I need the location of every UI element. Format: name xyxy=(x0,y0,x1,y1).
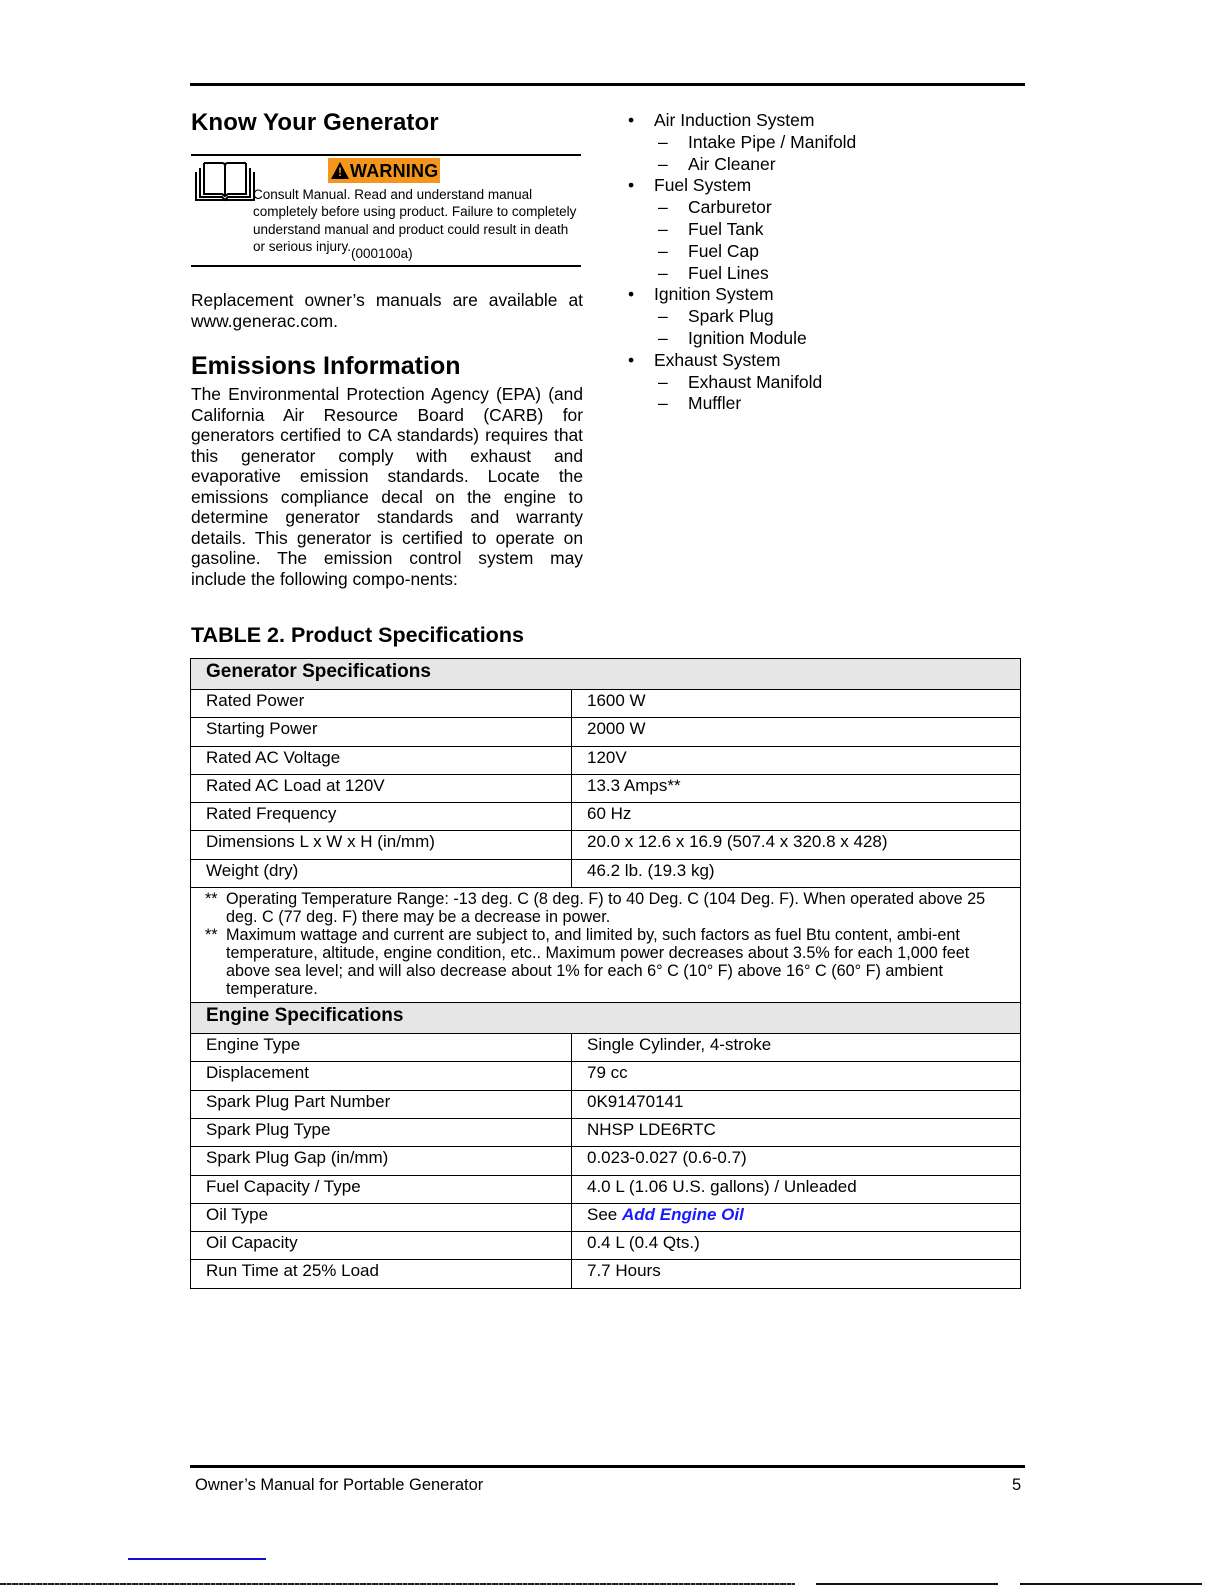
table-row: Spark Plug Gap (in/mm)0.023-0.027 (0.6-0… xyxy=(191,1147,1021,1175)
footer-title: Owner’s Manual for Portable Generator xyxy=(195,1475,483,1495)
section-heading-emissions: Emissions Information xyxy=(191,350,460,382)
know-your-generator-section: Know Your Generator xyxy=(191,108,584,138)
table-row: Fuel Capacity / Type4.0 L (1.06 U.S. gal… xyxy=(191,1175,1021,1203)
spec-label: Rated AC Load at 120V xyxy=(191,774,572,802)
list-item-label: Fuel System xyxy=(654,175,751,197)
generator-specifications-header: Generator Specifications xyxy=(191,659,1021,690)
table-section-header: Generator Specifications xyxy=(191,659,1021,690)
list-item-label: Air Induction System xyxy=(654,110,814,132)
spec-label: Displacement xyxy=(191,1062,572,1090)
spec-value: 0.023-0.027 (0.6-0.7) xyxy=(572,1147,1021,1175)
spec-value: 4.0 L (1.06 U.S. gallons) / Unleaded xyxy=(572,1175,1021,1203)
emission-components-list: •Air Induction System–Intake Pipe / Mani… xyxy=(626,110,1016,415)
list-item-label: Ignition System xyxy=(654,284,774,306)
table-row: Spark Plug TypeNHSP LDE6RTC xyxy=(191,1118,1021,1146)
spec-value: NHSP LDE6RTC xyxy=(572,1118,1021,1146)
dash-icon: – xyxy=(658,372,688,394)
warning-text: Consult Manual. Read and understand manu… xyxy=(253,186,583,255)
spec-value: 1600 W xyxy=(572,690,1021,718)
sub-list-item-label: Fuel Cap xyxy=(688,241,759,263)
footnote-marker: ** xyxy=(205,890,226,926)
footnote-text: Maximum wattage and current are subject … xyxy=(226,926,1008,998)
list-item: •Exhaust System xyxy=(626,350,1016,372)
table-row: Run Time at 25% Load7.7 Hours xyxy=(191,1260,1021,1288)
sub-list-item-label: Muffler xyxy=(688,393,741,415)
table-row: Starting Power2000 W xyxy=(191,718,1021,746)
table-section-header: Engine Specifications xyxy=(191,1003,1021,1034)
sub-list-item-label: Intake Pipe / Manifold xyxy=(688,132,856,154)
header-rule xyxy=(190,83,1025,86)
spec-label: Oil Type xyxy=(191,1203,572,1231)
sub-list-item-label: Exhaust Manifold xyxy=(688,372,822,394)
spec-value: 46.2 lb. (19.3 kg) xyxy=(572,859,1021,887)
bullet-icon: • xyxy=(626,110,654,132)
footnote-marker: ** xyxy=(205,926,226,998)
spec-value: 120V xyxy=(572,746,1021,774)
dash-icon: – xyxy=(658,132,688,154)
sub-list-item: –Ignition Module xyxy=(626,328,1016,350)
sub-list-item-label: Ignition Module xyxy=(688,328,807,350)
sub-list-item: –Carburetor xyxy=(626,197,1016,219)
spec-value: Single Cylinder, 4-stroke xyxy=(572,1034,1021,1062)
sub-list-item-label: Spark Plug xyxy=(688,306,774,328)
table-row: Engine TypeSingle Cylinder, 4-stroke xyxy=(191,1034,1021,1062)
spec-label: Starting Power xyxy=(191,718,572,746)
list-item: •Fuel System xyxy=(626,175,1016,197)
spec-label: Fuel Capacity / Type xyxy=(191,1175,572,1203)
table-notes: **Operating Temperature Range: -13 deg. … xyxy=(191,888,1021,1003)
bullet-icon: • xyxy=(626,175,654,197)
dash-icon: – xyxy=(658,154,688,176)
page-number: 5 xyxy=(1012,1475,1021,1495)
spec-value: 79 cc xyxy=(572,1062,1021,1090)
spec-value: 0K91470141 xyxy=(572,1090,1021,1118)
engine-specifications-header: Engine Specifications xyxy=(191,1003,1021,1034)
oil-type-prefix: See xyxy=(587,1205,622,1224)
dash-icon: – xyxy=(658,328,688,350)
spec-value: 7.7 Hours xyxy=(572,1260,1021,1288)
warning-label: WARNING xyxy=(350,160,438,182)
dash-icon: – xyxy=(658,263,688,285)
emissions-body: The Environmental Protection Agency (EPA… xyxy=(191,384,583,589)
table-row: Displacement79 cc xyxy=(191,1062,1021,1090)
sub-list-item: –Fuel Lines xyxy=(626,263,1016,285)
table-row: Spark Plug Part Number0K91470141 xyxy=(191,1090,1021,1118)
dash-icon: – xyxy=(658,241,688,263)
table-row: Weight (dry)46.2 lb. (19.3 kg) xyxy=(191,859,1021,887)
spec-label: Oil Capacity xyxy=(191,1232,572,1260)
spec-value: 60 Hz xyxy=(572,803,1021,831)
sub-list-item: –Spark Plug xyxy=(626,306,1016,328)
table-row: Oil Capacity0.4 L (0.4 Qts.) xyxy=(191,1232,1021,1260)
spec-value: 0.4 L (0.4 Qts.) xyxy=(572,1232,1021,1260)
table-row: Rated AC Load at 120V13.3 Amps** xyxy=(191,774,1021,802)
table-title: TABLE 2. Product Specifications xyxy=(191,621,524,649)
table-row: Rated Frequency60 Hz xyxy=(191,803,1021,831)
spec-value: 13.3 Amps** xyxy=(572,774,1021,802)
warning-badge: WARNING xyxy=(328,158,440,183)
footer-rule xyxy=(190,1465,1025,1468)
spec-label: Dimensions L x W x H (in/mm) xyxy=(191,831,572,859)
bullet-icon: • xyxy=(626,284,654,306)
warning-box: WARNING Consult Manual. Read and underst… xyxy=(191,154,581,267)
warning-message: Consult Manual. Read and understand manu… xyxy=(253,187,576,254)
footnote: **Operating Temperature Range: -13 deg. … xyxy=(205,890,1008,926)
table-notes-row: **Operating Temperature Range: -13 deg. … xyxy=(191,888,1021,1003)
bullet-icon: • xyxy=(626,350,654,372)
spec-value: 2000 W xyxy=(572,718,1021,746)
spec-label: Spark Plug Part Number xyxy=(191,1090,572,1118)
list-item-label: Exhaust System xyxy=(654,350,780,372)
sub-list-item-label: Carburetor xyxy=(688,197,772,219)
replacement-manuals-text: Replacement owner’s manuals are availabl… xyxy=(191,290,583,331)
spec-label: Engine Type xyxy=(191,1034,572,1062)
spec-value: 20.0 x 12.6 x 16.9 (507.4 x 320.8 x 428) xyxy=(572,831,1021,859)
book-icon xyxy=(194,160,256,202)
sub-list-item-label: Air Cleaner xyxy=(688,154,776,176)
sub-list-item: –Intake Pipe / Manifold xyxy=(626,132,1016,154)
dash-icon: – xyxy=(658,306,688,328)
warning-code: (000100a) xyxy=(351,246,413,261)
dash-icon: – xyxy=(658,219,688,241)
spec-label: Weight (dry) xyxy=(191,859,572,887)
sub-list-item: –Fuel Tank xyxy=(626,219,1016,241)
footnote-text: Operating Temperature Range: -13 deg. C … xyxy=(226,890,1008,926)
product-specifications-table: Generator Specifications Rated Power1600… xyxy=(190,658,1021,1289)
sub-list-item: –Air Cleaner xyxy=(626,154,1016,176)
sub-list-item-label: Fuel Tank xyxy=(688,219,764,241)
spec-label: Rated Power xyxy=(191,690,572,718)
spec-label: Rated AC Voltage xyxy=(191,746,572,774)
dash-icon: – xyxy=(658,197,688,219)
spec-label: Spark Plug Gap (in/mm) xyxy=(191,1147,572,1175)
table-row: Oil TypeSee Add Engine Oil xyxy=(191,1203,1021,1231)
list-item: •Ignition System xyxy=(626,284,1016,306)
dash-icon: – xyxy=(658,393,688,415)
table-row: Rated AC Voltage120V xyxy=(191,746,1021,774)
spec-label: Run Time at 25% Load xyxy=(191,1260,572,1288)
sub-list-item-label: Fuel Lines xyxy=(688,263,769,285)
section-heading-know-your-generator: Know Your Generator xyxy=(191,108,584,138)
sub-list-item: –Fuel Cap xyxy=(626,241,1016,263)
table-row: Rated Power1600 W xyxy=(191,690,1021,718)
spec-label: Spark Plug Type xyxy=(191,1118,572,1146)
sub-list-item: –Muffler xyxy=(626,393,1016,415)
sub-list-item: –Exhaust Manifold xyxy=(626,372,1016,394)
spec-label: Rated Frequency xyxy=(191,803,572,831)
footnote: **Maximum wattage and current are subjec… xyxy=(205,926,1008,998)
list-item: •Air Induction System xyxy=(626,110,1016,132)
scan-artifact-line xyxy=(128,1558,266,1560)
warning-triangle-icon xyxy=(331,162,349,179)
table-row: Dimensions L x W x H (in/mm)20.0 x 12.6 … xyxy=(191,831,1021,859)
spec-value: See Add Engine Oil xyxy=(572,1203,1021,1231)
add-engine-oil-link[interactable]: Add Engine Oil xyxy=(622,1205,744,1224)
